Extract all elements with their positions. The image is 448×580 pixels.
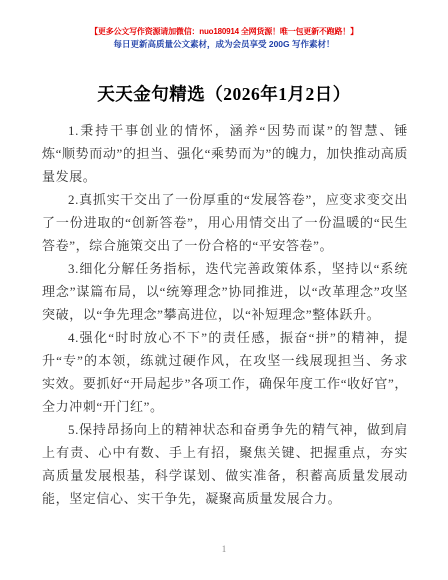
promo-line-1: 【更多公文写作资源请加微信：nuo180914 全网货源！唯一包更新不跑路！】 <box>0 26 448 38</box>
promo-banner: 【更多公文写作资源请加微信：nuo180914 全网货源！唯一包更新不跑路！】 … <box>0 0 448 50</box>
document-page: 【更多公文写作资源请加微信：nuo180914 全网货源！唯一包更新不跑路！】 … <box>0 0 448 580</box>
page-number: 1 <box>0 544 448 554</box>
document-title: 天天金句精选（2026年1月2日） <box>20 82 428 106</box>
document-body: 1.秉持干事创业的情怀，涵养“因势而谋”的智慧、锤炼“顺势而动”的担当、强化“乘… <box>42 119 408 510</box>
body-paragraph-2: 2.真抓实干交出了一份厚重的“发展答卷”，应变求变交出了一份进取的“创新答卷”，… <box>42 188 408 257</box>
promo-line-2: 每日更新高质量公文素材，成为会员享受 200G 写作素材！ <box>0 38 448 50</box>
body-paragraph-1: 1.秉持干事创业的情怀，涵养“因势而谋”的智慧、锤炼“顺势而动”的担当、强化“乘… <box>42 119 408 188</box>
body-paragraph-5: 5.保持昂扬向上的精神状态和奋勇争先的精气神，做到肩上有责、心中有数、手上有招，… <box>42 418 408 510</box>
body-paragraph-4: 4.强化“时时放心不下”的责任感，振奋“拼”的精神，提升“专”的本领，练就过硬作… <box>42 326 408 418</box>
body-paragraph-3: 3.细化分解任务指标，迭代完善政策体系，坚持以“系统理念”谋篇布局，以“统筹理念… <box>42 257 408 326</box>
